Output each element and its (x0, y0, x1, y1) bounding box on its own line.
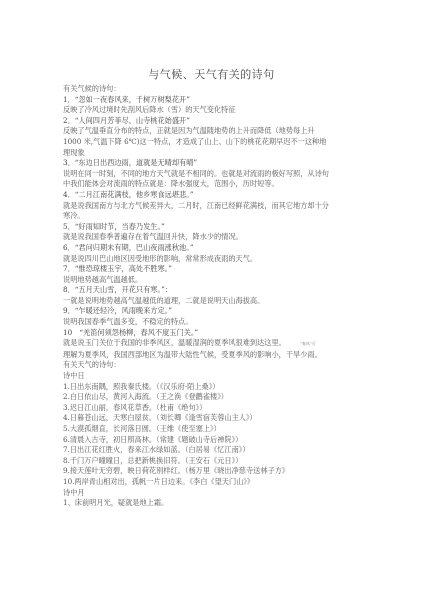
line-text: 一就是说明地势越高气温越低的道理，二就是说明天山海拔高。 (63, 296, 264, 305)
line-text: 8．“五月天山雪，开花只有寒。”： (63, 285, 172, 294)
text-line: 5.大漠孤烟直，长河落日圆。（王维《使至塞上》） (63, 424, 363, 435)
poem-quote-line: 3．“东边日出西边雨，道就是无晴却有晴” (63, 158, 363, 169)
text-line: 2.白日依山尽，黄河入海流。（王之涣《登鹳雀楼》） (63, 392, 363, 403)
poem-quote-line: 2．“人间四月芳菲尽，山寺桃花始盛开” (63, 116, 363, 127)
section-heading: 有关气候的诗句： (63, 84, 363, 95)
section-heading: 有关天气的诗句： (63, 360, 363, 371)
document-body: 有关气候的诗句：1．“忽如一夜春风来，千树万树梨花开”反映了冷风过境时先刮风后降… (63, 84, 363, 509)
document-page: 与气候、天气有关的诗句 有关气候的诗句：1．“忽如一夜春风来，千树万树梨花开”反… (0, 0, 423, 600)
poem-quote-line: 4．“二月江南花满枝，他乡寒食远堪悲。” (63, 190, 363, 201)
line-text: 1.日出东南隅，照我秦氏楼。（《汉乐府·陌上桑》） (63, 382, 219, 391)
line-text: 就是说四川巴山地区因受地形的影响，常常形成夜雨的天气。 (63, 254, 257, 263)
poem-quote-line: 8．“五月天山雪，开花只有寒。”： (63, 285, 363, 296)
text-line: 就是说四川巴山地区因受地形的影响，常常形成夜雨的天气。 (63, 254, 363, 265)
text-line: 说明在同一时刻，不同的地方天气就是不相同的。也就是对流雨的极好写照，从诗句 (63, 169, 363, 180)
poem-quote-line: 6．“君问归期未有期，巴山夜雨涨秋池。” (63, 243, 363, 254)
line-text: 5.大漠孤烟直，长河落日圆。（王维《使至塞上》） (63, 424, 221, 433)
line-text: 有关天气的诗句： (63, 360, 121, 369)
line-text: 就是说我国南方与北方气候差异大，二月时，江南已经鲜花满枝，而其它地方却十分 (63, 201, 329, 210)
text-line: 6.清晨入古寺，初日照高林。（常建《题破山寺后禅院》） (63, 435, 363, 446)
text-line: 就是说我国南方与北方气候差异大，二月时，江南已经鲜花满枝，而其它地方却十分 (63, 201, 363, 212)
line-text: 9.接天莲叶无穷碧，映日荷花别样红。（杨万里《晓出净慈寺送林子方》 (63, 466, 289, 475)
text-line: 7.日出江花红胜火，春来江水绿如蓝。（白居易《忆江南》） (63, 445, 363, 456)
poem-quote-line: 10 “羌笛何须怨杨柳，春风不度玉门关。” (63, 328, 363, 339)
line-text: 3．“东边日出西边雨，道就是无晴却有晴” (63, 158, 197, 167)
text-line: 寒冷。 (63, 211, 363, 222)
section-heading: 诗中日 (63, 371, 363, 382)
line-text: 反映了气温垂直分布的特点，正就是因为气温随地势的上升而降低（地势每上升 (63, 126, 315, 135)
poem-quote-line: 7．“惟恐琼楼玉宇，高处不胜寒。” (63, 264, 363, 275)
document-title: 与气候、天气有关的诗句 (0, 66, 423, 82)
line-text: 10 “羌笛何须怨杨柳，春风不度玉门关。” (63, 328, 198, 337)
text-line: 反映了气温垂直分布的特点，正就是因为气温随地势的上升而降低（地势每上升 (63, 126, 363, 137)
text-line: 理解为夏季风，我国西部地区为温带大陆性气候，受夏季风的影响小，干旱少雨。 (63, 350, 363, 361)
line-text: 2．“人间四月芳菲尽，山寺桃花始盛开” (63, 116, 190, 125)
line-text: 3.迟日江山丽，春风花草香。（杜甫《绝句》） (63, 403, 206, 412)
text-line: 4.日暮苍山远，天寒白屋贫。（刘长卿《逢雪宿芙蓉山主人》） (63, 413, 363, 424)
line-text: 5．“好雨知时节，当春乃发生。” (63, 222, 165, 231)
line-text: 就是说我国春季普遍存在着气温回升快，降水少的情况。 (63, 232, 243, 241)
text-line: 一就是说明地势越高气温越低的道理，二就是说明天山海拔高。 (63, 296, 363, 307)
poem-quote-line: 9．“乍暖还轻冷，风雨晚来方定。” (63, 306, 363, 317)
line-text: 1．“忽如一夜春风来，千树万树梨花开” (63, 95, 190, 104)
line-text: 诗中日 (63, 371, 85, 380)
line-text: 说明在同一时刻，不同的地方天气就是不相同的。也就是对流雨的极好写照，从诗句 (63, 169, 329, 178)
margin-note: “春风”可 (300, 341, 316, 346)
line-text: 7.日出江花红胜火，春来江水绿如蓝。（白居易《忆江南》） (63, 445, 250, 454)
line-text: 7．“惟恐琼楼玉宇，高处不胜寒。” (63, 264, 172, 273)
text-line: 1000 米,气温下降 6℃)这一特点，才造成了山上、山下的桃花花期早迟不一这种… (63, 137, 363, 148)
line-text: 有关气候的诗句： (63, 84, 121, 93)
line-text: 理现象 (63, 148, 85, 157)
text-line: 1.日出东南隅，照我秦氏楼。（《汉乐府·陌上桑》） (63, 382, 363, 393)
line-text: 2.白日依山尽，黄河入海流。（王之涣《登鹳雀楼》） (63, 392, 228, 401)
line-text: 6．“君问归期未有期，巴山夜雨涨秋池。” (63, 243, 194, 252)
line-text: 理解为夏季风，我国西部地区为温带大陆性气候，受夏季风的影响小，干旱少雨。 (63, 350, 322, 359)
poem-quote-line: 5．“好雨知时节，当春乃发生。” (63, 222, 363, 233)
line-text: 10.两岸青山相对出，孤帆一片日边来。《李白《望天门山》》 (63, 477, 254, 486)
text-line: 理现象 (63, 148, 363, 159)
line-text: 就是说玉门关位于我国的非季风区，温暖湿润的夏季风很难到达这里。 (63, 338, 286, 347)
text-line: 1、床前明月光，疑就是地上霜。 (63, 498, 363, 509)
line-text: 1000 米,气温下降 6℃)这一特点，才造成了山上、山下的桃花花期早迟不一这种… (63, 137, 326, 146)
line-text: 说明地势越高气温越低。 (63, 275, 142, 284)
line-text: 9．“乍暖还轻冷，风雨晚来方定。” (63, 306, 172, 315)
line-text: 说明我国春季气温多变，不稳定的特点。 (63, 317, 192, 326)
line-text: 6.清晨入古寺，初日照高林。（常建《题破山寺后禅院》） (63, 435, 242, 444)
line-text: 4．“二月江南花满枝，他乡寒食远堪悲。” (63, 190, 194, 199)
text-line: 就是说我国春季普遍存在着气温回升快，降水少的情况。 (63, 232, 363, 243)
text-line: 就是说玉门关位于我国的非季风区，温暖湿润的夏季风很难到达这里。“春风”可 (63, 338, 363, 350)
line-text: 寒冷。 (63, 211, 85, 220)
text-line: 3.迟日江山丽，春风花草香。（杜甫《绝句》） (63, 403, 363, 414)
text-line: 说明地势越高气温越低。 (63, 275, 363, 286)
poem-quote-line: 1．“忽如一夜春风来，千树万树梨花开” (63, 95, 363, 106)
text-line: 中我们能体会对流雨的特点就是：降水强度大，范围小，历时短等。 (63, 179, 363, 190)
line-text: 中我们能体会对流雨的特点就是：降水强度大，范围小，历时短等。 (63, 179, 279, 188)
line-text: 1、床前明月光，疑就是地上霜。 (63, 498, 168, 507)
line-text: 4.日暮苍山远，天寒白屋贫。（刘长卿《逢雪宿芙蓉山主人》） (63, 413, 257, 422)
text-line: 10.两岸青山相对出，孤帆一片日边来。《李白《望天门山》》 (63, 477, 363, 488)
text-line: 8.千门万户曈曈日，总把新桃换旧符。（王安石《元日》） (63, 456, 363, 467)
section-heading: 诗中月 (63, 488, 363, 499)
line-text: 诗中月 (63, 488, 85, 497)
text-line: 说明我国春季气温多变，不稳定的特点。 (63, 317, 363, 328)
text-line: 反映了冷风过境时先刮风后降水（雪）的天气变化特征 (63, 105, 363, 116)
line-text: 反映了冷风过境时先刮风后降水（雪）的天气变化特征 (63, 105, 236, 114)
text-line: 9.接天莲叶无穷碧，映日荷花别样红。（杨万里《晓出净慈寺送林子方》 (63, 466, 363, 477)
line-text: 8.千门万户曈曈日，总把新桃换旧符。（王安石《元日》） (63, 456, 242, 465)
